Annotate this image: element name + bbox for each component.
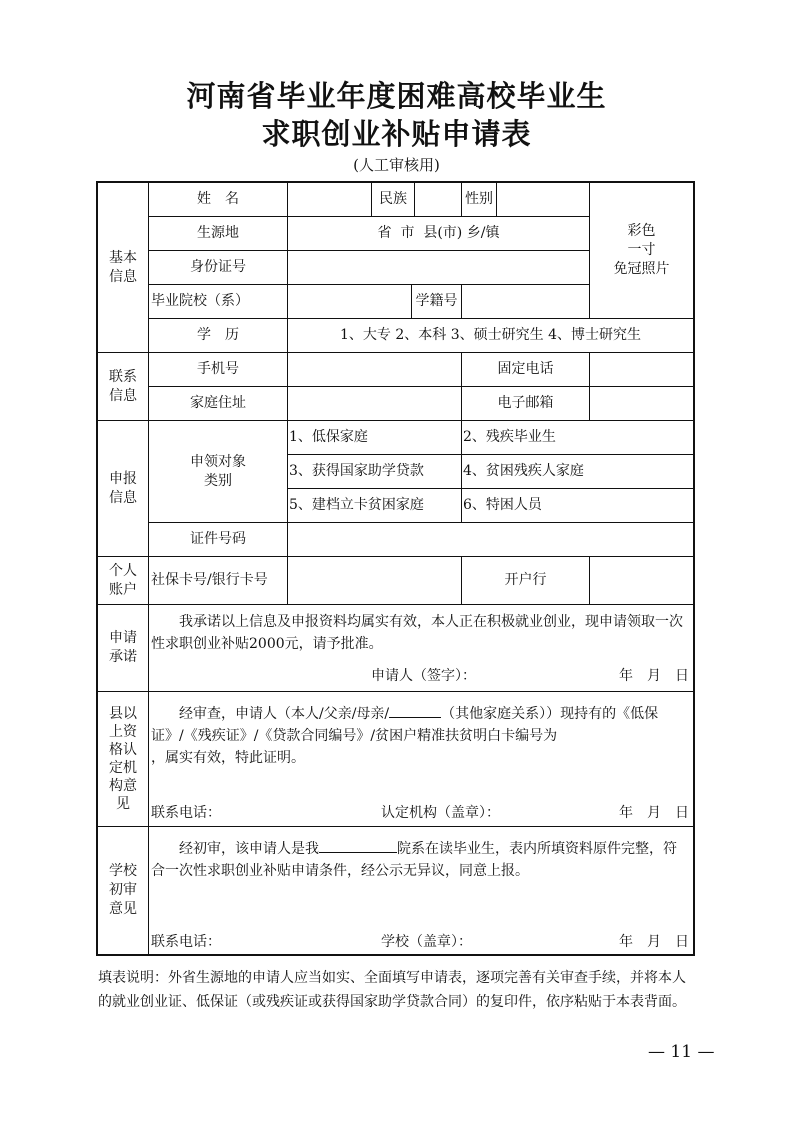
origin-field[interactable]: 省 市 县(市) 乡/镇 — [288, 217, 590, 251]
category-option-3[interactable]: 3、获得国家助学贷款 — [288, 455, 462, 489]
promise-date: 年 月 日 — [619, 665, 689, 687]
bank-label: 开户行 — [462, 557, 590, 605]
category-option-2[interactable]: 2、残疾毕业生 — [462, 421, 693, 455]
category-option-6[interactable]: 6、特困人员 — [462, 489, 693, 523]
county-date: 年 月 日 — [619, 802, 689, 824]
form-title-line1: 河南省毕业年度困难高校毕业生 — [0, 74, 793, 115]
name-label: 姓 名 — [149, 183, 288, 217]
email-label: 电子邮箱 — [462, 387, 590, 421]
mobile-label: 手机号 — [149, 353, 288, 387]
promise-box: 我承诺以上信息及申报资料均属实有效，本人正在积极就业创业，现申请领取一次性求职创… — [149, 605, 693, 692]
ethnicity-field[interactable] — [415, 183, 462, 217]
gender-field[interactable] — [497, 183, 590, 217]
school-seal-label: 学校（盖章）： — [381, 931, 472, 953]
student-no-field[interactable] — [462, 285, 590, 319]
form-subtitle: (人工审核用) — [0, 154, 793, 175]
photo-box[interactable]: 彩色 一寸 免冠照片 — [590, 183, 693, 319]
county-seal-label: 认定机构（盖章）： — [381, 802, 500, 824]
section-contact-info: 联系信息 — [98, 353, 149, 421]
category-option-5[interactable]: 5、建档立卡贫困家庭 — [288, 489, 462, 523]
education-options[interactable]: 1、大专 2、本科 3、硕士研究生 4、博士研究生 — [288, 319, 693, 353]
card-number-field[interactable] — [288, 557, 462, 605]
address-label: 家庭住址 — [149, 387, 288, 421]
cert-no-field[interactable] — [288, 523, 693, 557]
category-option-4[interactable]: 4、贫困残疾人家庭 — [462, 455, 693, 489]
school-field[interactable] — [288, 285, 412, 319]
school-phone-label: 联系电话： — [151, 931, 221, 953]
school-date: 年 月 日 — [619, 931, 689, 953]
application-form-table: 基本信息 姓 名 民族 性别 生源地 省 市 县(市) 乡/镇 身份证号 毕业院… — [96, 181, 695, 956]
section-report-info: 申报信息 — [98, 421, 149, 557]
id-number-field[interactable] — [288, 251, 590, 285]
county-text-part1: 经审查，申请人（本人/父亲/母亲/ — [151, 706, 389, 722]
promise-text: 我承诺以上信息及申报资料均属实有效，本人正在积极就业创业，现申请领取一次性求职创… — [151, 611, 687, 655]
school-review-box: 经初审，该申请人是我院系在读毕业生，表内所填资料原件完整，符合一次性求职创业补贴… — [149, 827, 693, 954]
section-label-account: 个人账户 — [108, 562, 138, 600]
landline-field[interactable] — [590, 353, 693, 387]
section-account: 个人账户 — [98, 557, 149, 605]
photo-line2: 一寸 — [628, 241, 656, 260]
cert-no-label: 证件号码 — [149, 523, 288, 557]
category-label-line1: 申领对象 — [190, 453, 246, 472]
section-county-review: 县以上资格认定机构意见 — [98, 692, 149, 827]
page-number: — 11 — — [648, 1042, 714, 1062]
school-review-text: 经初审，该申请人是我院系在读毕业生，表内所填资料原件完整，符合一次性求职创业补贴… — [151, 837, 689, 882]
gender-label: 性别 — [462, 183, 497, 217]
applicant-signature-label[interactable]: 申请人（签字）： — [371, 665, 476, 687]
landline-label: 固定电话 — [462, 353, 590, 387]
category-label-line2: 类别 — [204, 472, 232, 491]
category-label: 申领对象 类别 — [149, 421, 288, 523]
address-field[interactable] — [288, 387, 462, 421]
section-basic-info: 基本信息 — [98, 183, 149, 353]
ethnicity-label: 民族 — [372, 183, 415, 217]
email-field[interactable] — [590, 387, 693, 421]
county-text-part3: ，属实有效，特此证明。 — [151, 750, 305, 766]
id-number-label: 身份证号 — [149, 251, 288, 285]
education-label: 学 历 — [149, 319, 288, 353]
relationship-blank[interactable] — [389, 702, 441, 718]
county-review-box: 经审查，申请人（本人/父亲/母亲/（其他家庭关系））现持有的《低保证》/《残疾证… — [149, 692, 693, 827]
student-no-label: 学籍号 — [412, 285, 462, 319]
card-number-blank[interactable] — [557, 725, 677, 740]
county-review-text: 经审查，申请人（本人/父亲/母亲/（其他家庭关系））现持有的《低保证》/《残疾证… — [151, 702, 689, 769]
section-label-school: 学校初审意见 — [108, 862, 138, 919]
school-text-part1: 经初审，该申请人是我 — [151, 841, 319, 857]
card-number-label: 社保卡号/银行卡号 — [149, 557, 288, 605]
section-label-basic: 基本信息 — [108, 249, 138, 287]
county-phone-label: 联系电话： — [151, 802, 221, 824]
section-school-review: 学校初审意见 — [98, 827, 149, 954]
filling-instructions: 填表说明：外省生源地的申请人应当如实、全面填写申请表，逐项完善有关审查手续，并将… — [98, 966, 698, 1014]
department-blank[interactable] — [319, 837, 397, 853]
name-field[interactable] — [288, 183, 372, 217]
section-label-promise: 申请承诺 — [108, 629, 138, 667]
bank-field[interactable] — [590, 557, 693, 605]
category-option-1[interactable]: 1、低保家庭 — [288, 421, 462, 455]
mobile-field[interactable] — [288, 353, 462, 387]
school-label: 毕业院校（系） — [149, 285, 288, 319]
form-title-line2: 求职创业补贴申请表 — [0, 112, 793, 153]
section-promise: 申请承诺 — [98, 605, 149, 692]
section-label-report: 申报信息 — [108, 470, 138, 508]
photo-line3: 免冠照片 — [614, 260, 670, 279]
section-label-county: 县以上资格认定机构意见 — [108, 705, 138, 813]
photo-line1: 彩色 — [628, 222, 656, 241]
origin-label: 生源地 — [149, 217, 288, 251]
section-label-contact: 联系信息 — [108, 368, 138, 406]
